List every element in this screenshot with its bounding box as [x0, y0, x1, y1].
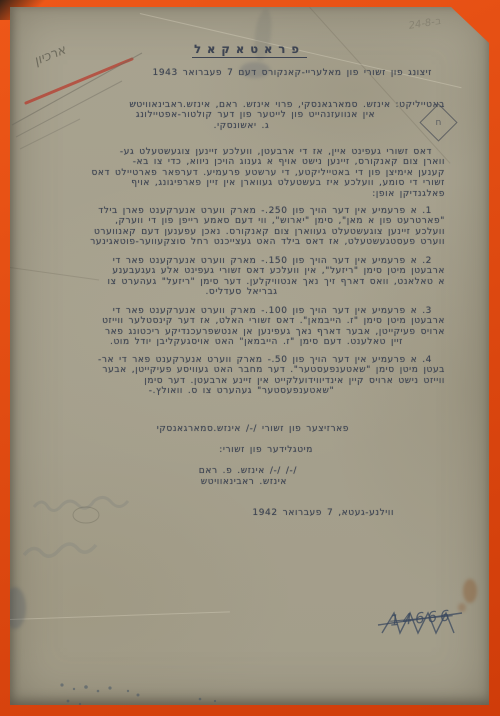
doc-line: קענען אימיצן פון די באטייליקטע, די ערשטע… [38, 168, 445, 178]
paper-crease [10, 611, 230, 620]
brown-stain [458, 603, 466, 612]
prize-item-1: 1. א פרעמיע אין דער הויך פון 250.- מארק … [38, 206, 445, 248]
place-date-line: ווילנע-געטא, 7 פעברואר 1942 [252, 508, 394, 518]
member-signature-line: /-/ /-/ אינזש. פ. ראם [199, 466, 297, 476]
chairman-signature-line: פארזיצער פון זשורי /-/ אינזש.סמארגאנסקי [157, 424, 349, 434]
bleedthrough-handwriting [34, 497, 128, 510]
document-title-text: פראטאקאל [192, 42, 307, 58]
doc-line: זשורי די סומע, וועלכע איז בעשטעלט געוואר… [38, 178, 445, 188]
paper-crease [309, 7, 450, 164]
grey-edge-stain [4, 587, 26, 629]
doc-line: באטייליקט: אינזש. סמארגאנסקי, פרוי אינזש… [38, 100, 445, 110]
attendees-block: באטייליקט: אינזש. סמארגאנסקי, פרוי אינזש… [38, 100, 445, 131]
doc-line: 2. א פרעמיע אין דער הויך פון 150.- מארק … [38, 256, 445, 266]
document-scan: ארכיון ב-24-8 ח 14666 פראטאקאל זיצונג פו… [0, 0, 500, 716]
top-right-pencil-note: ב-24-8 [408, 16, 441, 32]
doc-line: ארבעטן מיטן סימן "ריזעל", אין וועלכע דאס… [38, 266, 445, 276]
doc-line: זיין טאלענט. דעם סימן "ז. הייבמאן" האט א… [38, 337, 445, 347]
doc-line: א טאלאנט, וואס דארף זיך נאך אנטוויקלען. … [38, 277, 445, 287]
doc-line: ווייזט נישט ארויס קיין אינדיווידועלקייט … [38, 376, 445, 386]
doc-line: אין אנוועזנהייט פון לייטער פון דער קולטו… [38, 110, 445, 120]
pencil-circle-scribble [73, 507, 99, 523]
doc-line: 4. א פרעמיע אין דער הויך פון 50.- מארק ו… [38, 355, 445, 365]
session-subtitle: זיצונג פון זשורי פון מאלעריי-קאנקורס דעם… [38, 68, 445, 78]
crossed-out-number-scribble: 14666 [389, 606, 453, 629]
doc-line: זיצונג פון זשורי פון מאלעריי-קאנקורס דעם… [38, 68, 445, 78]
cut-corner-fold [445, 7, 489, 49]
doc-line: בעטן מיטן סימן "שאטענפעסטער". דער מחבר ה… [38, 365, 445, 375]
doc-line: "שאטענפעסטער" געהערט צו ס. וואולץ.- [38, 386, 445, 396]
paper-sheet: ארכיון ב-24-8 ח 14666 פראטאקאל זיצונג פו… [10, 7, 489, 705]
doc-line: 3. א פרעמיע אין דער הויך פון 100.- מארק … [38, 306, 445, 316]
doc-line: ווארן צום קאנקורס, זיינען נישט אויף א גע… [38, 157, 445, 167]
members-label: מיטגלידער פון זשורי: [219, 445, 313, 455]
brown-stain [463, 579, 477, 603]
doc-line: "פארטרעט פון א מאן", סימן "יארוש", ווי ד… [38, 216, 445, 226]
doc-line: ווערט פעסטגעשטעלט, אז דאס בילד האט געציי… [38, 237, 445, 247]
doc-line: ארויס פעיקייטן, אבער דארף נאך געפינען אן… [38, 327, 445, 337]
doc-line: גבריאל סעדליס. [38, 287, 445, 297]
doc-line: פאלגנדיקן אופן: [38, 189, 445, 199]
prize-item-4: 4. א פרעמיע אין דער הויך פון 50.- מארק ו… [38, 355, 445, 397]
prize-item-2: 2. א פרעמיע אין דער הויך פון 150.- מארק … [38, 256, 445, 298]
prize-item-3: 3. א פרעמיע אין דער הויך פון 100.- מארק … [38, 306, 445, 348]
doc-line: ג. יאשונסקי. [38, 121, 445, 131]
doc-line: 1. א פרעמיע אין דער הויך פון 250.- מארק … [38, 206, 445, 216]
bleedthrough-handwriting [24, 544, 96, 556]
doc-line: דאס זשורי געפינט איין, אז די ארבעטן, ווע… [38, 147, 445, 157]
doc-line: ארבעטן מיטן סימן "ז. הייבמאן". דאס זשורי… [38, 316, 445, 326]
member-signature-line: אינזש. ראבינאוויטש [201, 477, 287, 487]
doc-line: וועלכע זיינען צוגעשטעלט געווארן צום קאנק… [38, 227, 445, 237]
intro-paragraph: דאס זשורי געפינט איין, אז די ארבעטן, ווע… [38, 147, 445, 199]
document-title: פראטאקאל [10, 44, 489, 54]
